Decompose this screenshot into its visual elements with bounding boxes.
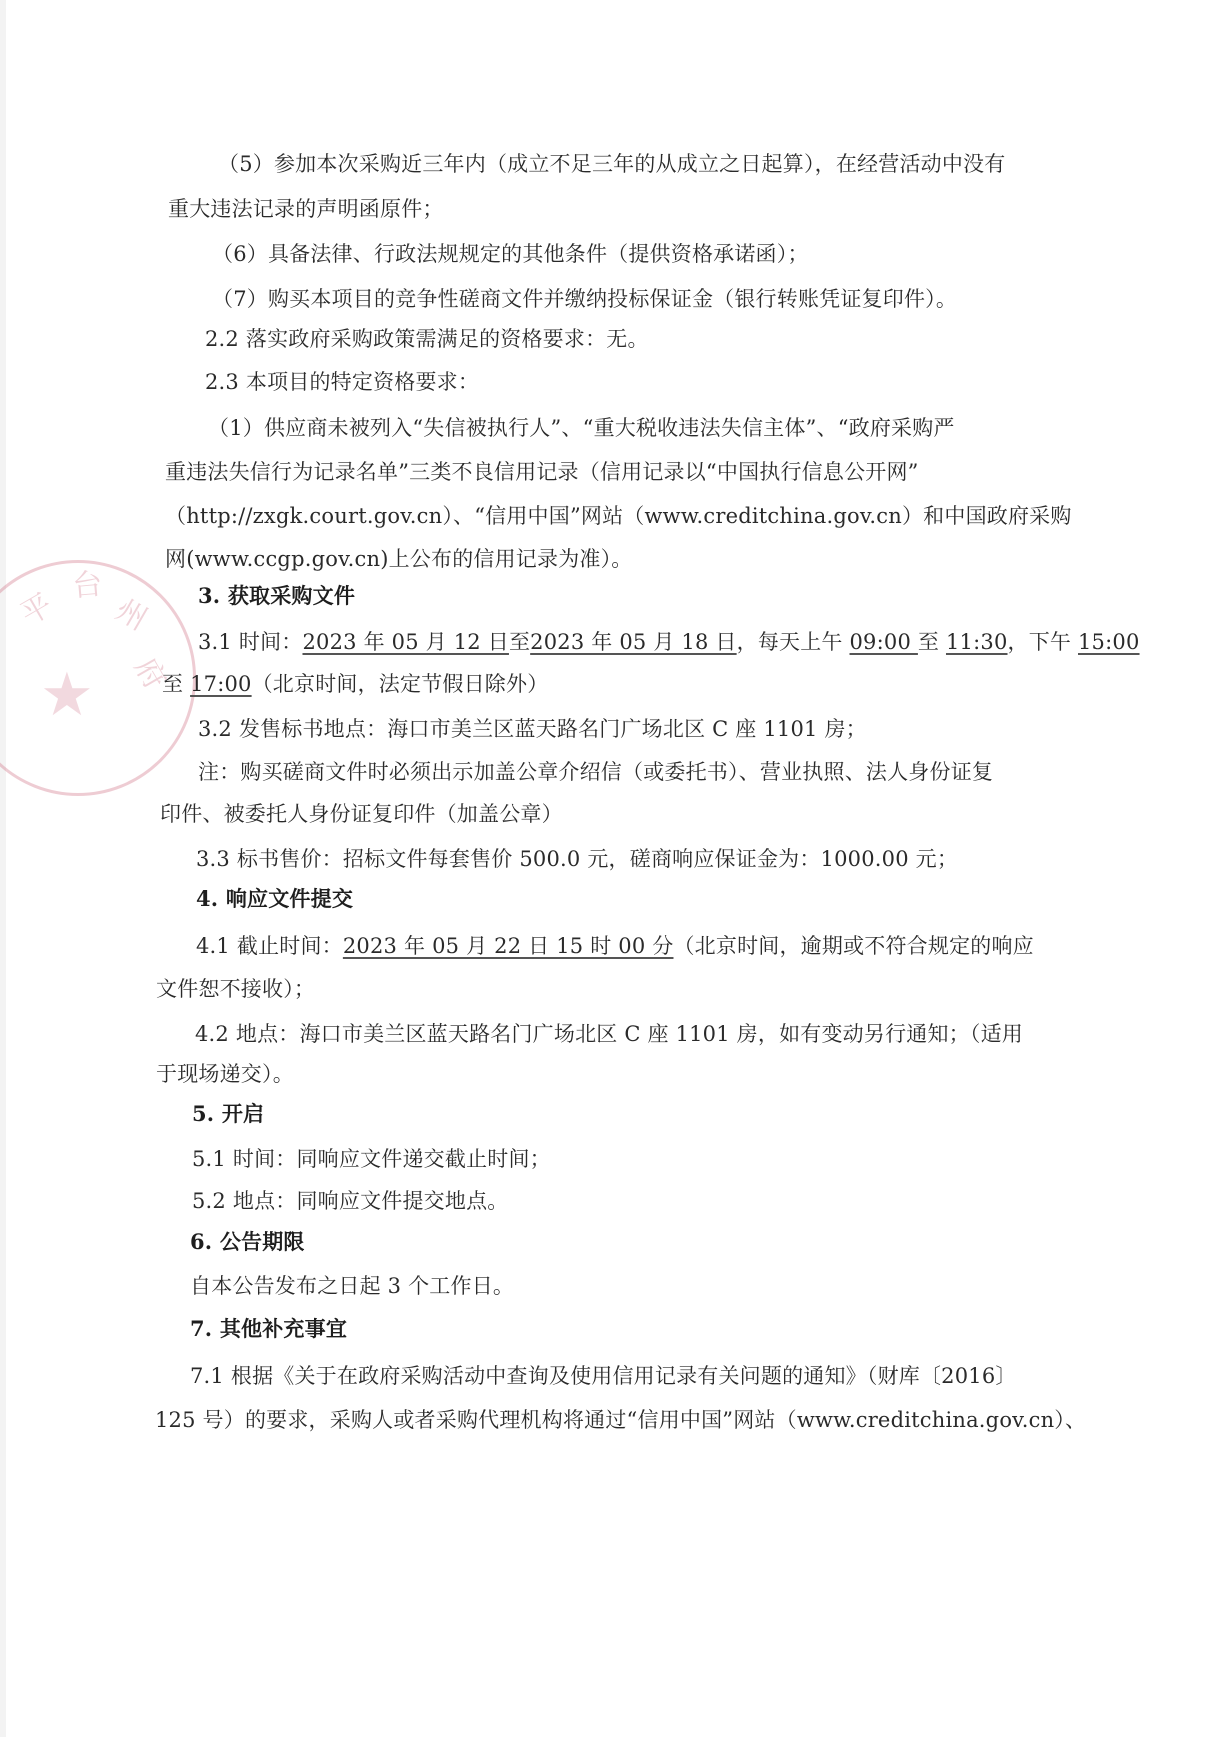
underlined-value: 2023 年 05 月 18 日 — [530, 630, 736, 654]
text-segment: （北京时间，逾期或不符合规定的响应 — [673, 934, 1033, 958]
text-line: 网(www.ccgp.gov.cn)上公布的信用记录为准）。 — [165, 545, 633, 573]
text-line: 至 17:00（北京时间，法定节假日除外） — [162, 670, 548, 698]
section-heading: 5. 开启 — [192, 1100, 264, 1128]
text-line: （http://zxgk.court.gov.cn）、“信用中国”网站（www.… — [165, 502, 1072, 530]
section-heading: 7. 其他补充事宜 — [190, 1315, 347, 1343]
text-line: 注：购买磋商文件时必须出示加盖公章介绍信（或委托书）、营业执照、法人身份证复 — [198, 758, 993, 786]
text-segment: 至 — [162, 672, 190, 696]
underlined-value: 2023 年 05 月 12 日 — [302, 630, 508, 654]
seal-star-icon: ★ — [40, 660, 94, 730]
text-line: 7.1 根据《关于在政府采购活动中查询及使用信用记录有关问题的通知》（财库〔20… — [190, 1362, 1017, 1390]
text-line: （7）购买本项目的竞争性磋商文件并缴纳投标保证金（银行转账凭证复印件）。 — [212, 285, 957, 313]
text-line: （1）供应商未被列入“失信被执行人”、“重大税收违法失信主体”、“政府采购严 — [208, 414, 955, 442]
text-segment: 4.1 截止时间： — [196, 934, 343, 958]
text-line: 于现场递交）。 — [156, 1060, 294, 1088]
text-line: 125 号）的要求，采购人或者采购代理机构将通过“信用中国”网站（www.cre… — [155, 1406, 1086, 1434]
text-segment: 至 — [509, 630, 530, 654]
text-line: 2.2 落实政府采购政策需满足的资格要求：无。 — [205, 325, 649, 353]
underlined-value: 11:30 — [946, 630, 1008, 654]
text-segment: 至 — [918, 630, 946, 654]
text-line: 4.1 截止时间：2023 年 05 月 22 日 15 时 00 分（北京时间… — [196, 932, 1034, 960]
text-line: 重大违法记录的声明函原件； — [168, 195, 444, 223]
text-line: 文件恕不接收）； — [156, 975, 315, 1003]
text-line: 4.2 地点：海口市美兰区蓝天路名门广场北区 C 座 1101 房，如有变动另行… — [195, 1020, 1023, 1048]
page-edge-shadow — [0, 0, 6, 1737]
underlined-value: 17:00 — [190, 672, 252, 696]
text-line: 印件、被委托人身份证复印件（加盖公章） — [160, 800, 563, 828]
text-line: 3.2 发售标书地点：海口市美兰区蓝天路名门广场北区 C 座 1101 房； — [198, 715, 867, 743]
section-heading: 3. 获取采购文件 — [198, 582, 355, 610]
underlined-value: 15:00 — [1078, 630, 1140, 654]
text-segment: ，下午 — [1008, 630, 1078, 654]
seal-char: 台 — [70, 559, 104, 605]
text-line: 2.3 本项目的特定资格要求： — [205, 368, 479, 396]
text-line: （6）具备法律、行政法规规定的其他条件（提供资格承诺函）； — [212, 240, 809, 268]
text-line: 5.1 时间：同响应文件递交截止时间； — [192, 1145, 551, 1173]
text-segment: ，每天上午 — [737, 630, 850, 654]
document-page: ★ 平 台 州 府 （5）参加本次采购近三年内（成立不足三年的从成立之日起算），… — [0, 0, 1223, 1737]
section-heading: 4. 响应文件提交 — [196, 885, 353, 913]
text-line: 3.3 标书售价：招标文件每套售价 500.0 元，磋商响应保证金为：1000.… — [196, 845, 958, 873]
text-segment: 3.1 时间： — [198, 630, 302, 654]
text-line: 重违法失信行为记录名单”三类不良信用记录（信用记录以“中国执行信息公开网” — [165, 458, 919, 486]
text-segment: （北京时间，法定节假日除外） — [252, 672, 549, 696]
text-line: 自本公告发布之日起 3 个工作日。 — [190, 1272, 514, 1300]
underlined-value: 2023 年 05 月 22 日 15 时 00 分 — [343, 934, 674, 958]
text-line: 3.1 时间：2023 年 05 月 12 日至2023 年 05 月 18 日… — [198, 628, 1140, 656]
underlined-value: 09:00 — [850, 630, 918, 654]
section-heading: 6. 公告期限 — [190, 1228, 305, 1256]
text-line: （5）参加本次采购近三年内（成立不足三年的从成立之日起算），在经营活动中没有 — [218, 150, 1005, 178]
text-line: 5.2 地点：同响应文件提交地点。 — [192, 1187, 508, 1215]
